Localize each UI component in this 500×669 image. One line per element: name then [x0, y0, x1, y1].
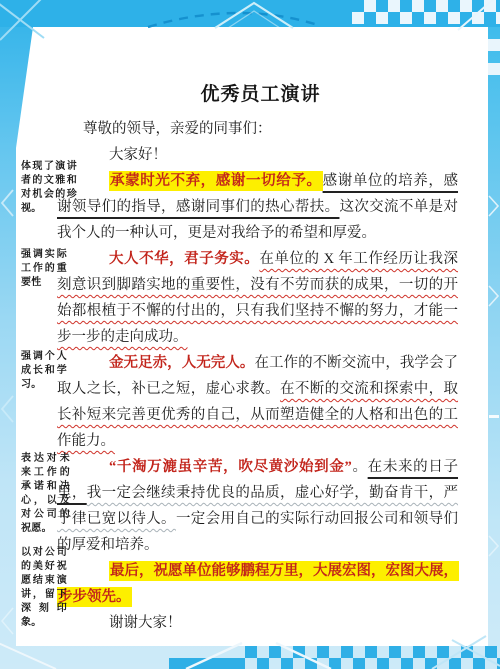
bottom-checker-bar	[169, 658, 234, 669]
paragraph: “千淘万漉虽辛苦，吹尽黄沙始到金”。在未来的日子里，我一定会继续秉持优良的品质，…	[57, 454, 458, 558]
speech-paper: 优秀员工演讲 尊敬的领导，亲爱的同事们：大家好！承蒙时光不弃，感谢一切给予。感谢…	[0, 0, 500, 669]
text-run-highlight-red: 最后，祝愿单位能够鹏程万里，大展宏图，宏图大展，步步领先。	[57, 561, 459, 607]
margin-annotation: 强调实际工作的重要性	[21, 248, 67, 290]
top-checker-pattern	[352, 0, 500, 24]
chevron-left-icon	[2, 190, 13, 216]
margin-annotation: 表达对未来工作的承诺和决心，以及对公司的祝愿。	[21, 452, 70, 536]
text-run-plain: 。	[352, 459, 368, 475]
chevron-left-icon	[2, 396, 13, 422]
paragraph: 谢谢大家！	[57, 610, 458, 636]
right-blue-strip	[488, 27, 500, 646]
paragraph: 金无足赤，人无完人。在工作的不断交流中，我学会了取人之长，补已之短，虚心求教。在…	[57, 350, 458, 454]
chevron-left-icon	[2, 608, 13, 634]
paragraph: 最后，祝愿单位能够鹏程万里，大展宏图，宏图大展，步步领先。	[57, 558, 458, 610]
paragraph: 大人不华，君子务实。在单位的 X 年工作经历让我深刻意识到脚踏实地的重要性，没有…	[57, 246, 458, 350]
margin-annotation: 强调个人成长和学习。	[21, 350, 67, 392]
paragraph: 尊敬的领导，亲爱的同事们：	[57, 116, 458, 142]
paragraph: 大家好！	[57, 142, 458, 168]
text-run-plain: 尊敬的领导，亲爱的同事们：	[83, 121, 272, 137]
speech-body: 尊敬的领导，亲爱的同事们：大家好！承蒙时光不弃，感谢一切给予。感谢单位的培养，感…	[57, 116, 458, 636]
text-run-highlight-red: 承蒙时光不弃，感谢一切给予。	[109, 171, 323, 191]
bottom-checker-pattern	[233, 646, 500, 669]
text-run-red-bold: 大人不华，君子务实。	[109, 251, 259, 267]
scrapbook-background: 优秀员工演讲 尊敬的领导，亲爱的同事们：大家好！承蒙时光不弃，感谢一切给予。感谢…	[0, 0, 500, 669]
text-run-plain: 谢谢大家！	[109, 615, 182, 631]
text-run-red-bold: “千淘万漉虽辛苦，吹尽黄沙始到金”	[109, 459, 352, 475]
text-run-red-bold: 金无足赤，人无完人。	[109, 355, 254, 371]
margin-annotation: 以对公司的美好祝愿结束演讲，留下深刻印象。	[21, 546, 67, 630]
margin-annotation: 体现了演讲者的文雅和对机会的珍视。	[21, 160, 77, 216]
page-title: 优秀员工演讲	[33, 79, 488, 106]
paragraph: 承蒙时光不弃，感谢一切给予。感谢单位的培养，感谢领导们的指导，感谢同事们的热心帮…	[57, 168, 458, 246]
text-run-plain: 大家好！	[109, 147, 167, 163]
